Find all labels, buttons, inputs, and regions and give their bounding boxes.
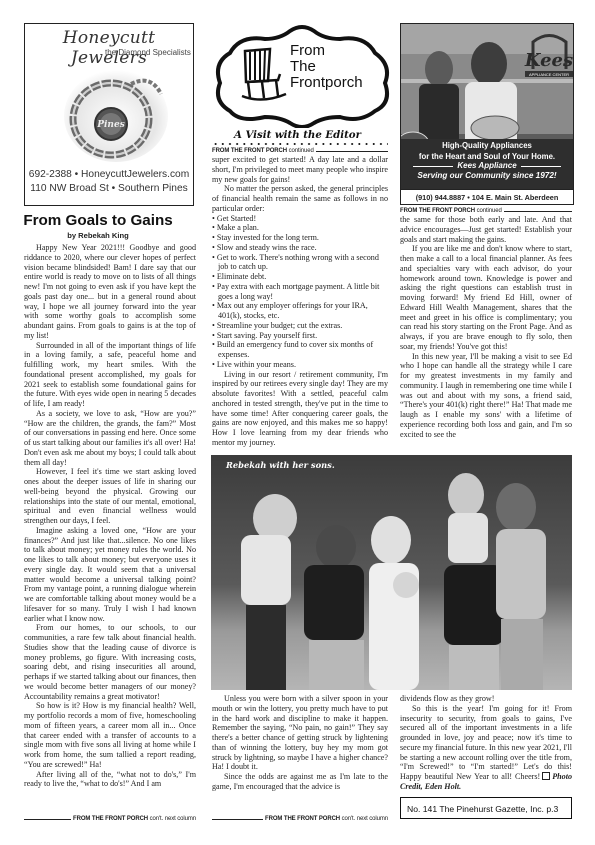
continued-next-column-label: FROM THE FRONT PORCH con't. next column [212, 816, 388, 822]
column-2-bottom-text: Unless you were born with a silver spoon… [212, 694, 388, 792]
photo-caption: Rebekah with her sons. [226, 460, 335, 470]
family-photo [211, 455, 572, 690]
divider-rule [316, 151, 388, 152]
paragraph: Unless you were born with a silver spoon… [212, 694, 388, 772]
paragraph: Happy New Year 2021!!! Goodbye and good … [24, 243, 196, 341]
article-headline: From Goals to Gains [0, 212, 196, 229]
honeycutt-phone-web: 692-2388 • HoneycuttJewelers.com [25, 169, 193, 180]
column-3-bottom-text: dividends flow as they grow! So this is … [400, 694, 572, 792]
family-photo-image-icon [211, 455, 572, 690]
paragraph: From our homes, to our schools, to our c… [24, 623, 196, 701]
list-item: Start saving. Pay yourself first. [212, 331, 388, 341]
paragraph: the same for those both early and late. … [400, 215, 572, 244]
divider-rule [212, 819, 263, 820]
continued-label: FROM THE FRONT PORCH continued [212, 148, 388, 154]
issue-footer: No. 141 The Pinehurst Gazette, Inc. p.3 [400, 797, 572, 819]
article-byline: by Rebekah King [0, 231, 196, 240]
kees-appliance-ad: Pines Kees APPLIANCE CENTER High-Quality… [400, 23, 574, 205]
kees-contact: (910) 944.8887 • 104 E. Main St. Aberdee… [401, 189, 573, 205]
list-item: Streamline your budget; cut the extras. [212, 321, 388, 331]
paragraph: Surrounded in all of the important thing… [24, 341, 196, 409]
column-2-text: super excited to get started! A day late… [212, 155, 388, 448]
paragraph: So this is the year! I'm going for it! F… [400, 704, 572, 792]
paragraph: super excited to get started! A day late… [212, 155, 388, 184]
end-mark-icon [542, 772, 550, 780]
honeycutt-jewelers-ad: Honeycutt Jewelers the Diamond Specialis… [24, 23, 194, 206]
list-item: Make a plan. [212, 223, 388, 233]
paragraph: In this new year, I'll be making a visit… [400, 352, 572, 440]
list-item: Pay extra with each mortgage payment. A … [212, 282, 388, 302]
paragraph: No matter the person asked, the general … [212, 184, 388, 213]
kees-banner: High-Quality Appliances for the Heart an… [401, 139, 573, 189]
paragraph: As a society, we love to ask, “How are y… [24, 409, 196, 468]
divider-rule [504, 211, 572, 212]
list-item: Get to work. There's nothing wrong with … [212, 253, 388, 273]
list-item: Max out any employer offerings for your … [212, 301, 388, 321]
honeycutt-address: 110 NW Broad St • Southern Pines [25, 183, 193, 194]
list-item: Get Started! [212, 214, 388, 224]
list-item: Live within your means. [212, 360, 388, 370]
continued-label: FROM THE FRONT PORCH continued [400, 208, 572, 214]
paragraph: Since the odds are against me as I'm lat… [212, 772, 388, 792]
honeycutt-tagline: the Diamond Specialists [105, 48, 191, 57]
paragraph: Living in our resort / retirement commun… [212, 370, 388, 448]
paragraph: After living all of the, “what not to do… [24, 770, 196, 790]
frontporch-logo: From The Frontporch [210, 23, 395, 128]
pines-badge-text: Pines [96, 120, 125, 130]
rocking-chair-icon [240, 46, 290, 106]
paragraph: If you are like me and don't know where … [400, 244, 572, 351]
paragraph: So how is it? How is my financial health… [24, 701, 196, 769]
frontporch-title: From The Frontporch [290, 43, 363, 91]
kees-logo-text: Kees [524, 50, 573, 71]
list-item: Build an emergency fund to cover six mon… [212, 340, 388, 360]
list-item: Eliminate debt. [212, 272, 388, 282]
paragraph: Imagine asking a loved one, “How are you… [24, 526, 196, 624]
paragraph: dividends flow as they grow! [400, 694, 572, 704]
svg-text:APPLIANCE CENTER: APPLIANCE CENTER [529, 72, 569, 77]
continued-next-column-label: FROM THE FRONT PORCH con't. next column [24, 816, 196, 822]
column-1-text: Happy New Year 2021!!! Goodbye and good … [24, 243, 196, 789]
financial-tips-list: Get Started! Make a plan. Stay invested … [212, 214, 388, 370]
list-item: Slow and steady wins the race. [212, 243, 388, 253]
paragraph: However, I feel it's time we start askin… [24, 467, 196, 526]
divider-rule [24, 819, 71, 820]
bracelet-image-icon: Pines [61, 64, 171, 164]
list-item: Stay invested for the long term. [212, 233, 388, 243]
dotted-divider [212, 142, 388, 146]
section-title: A Visit with the Editor [200, 129, 395, 141]
column-3-text: the same for those both early and late. … [400, 215, 572, 439]
